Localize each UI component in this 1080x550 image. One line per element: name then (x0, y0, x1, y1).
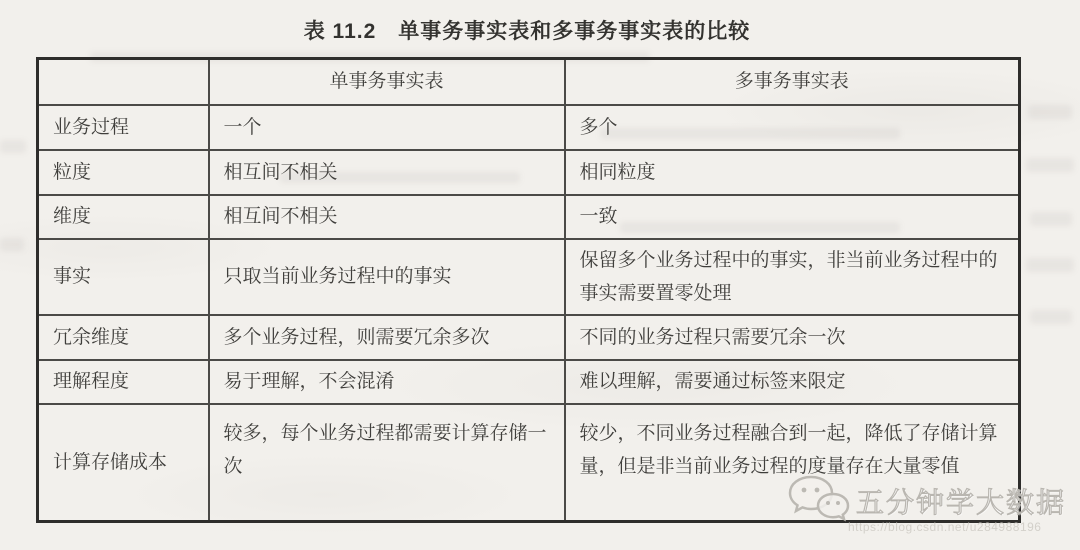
column-header-multi: 多事务事实表 (565, 59, 1020, 105)
row-label: 理解程度 (38, 360, 209, 404)
bleed-through-noise (1030, 310, 1072, 324)
cell-multi: 不同的业务过程只需要冗余一次 (565, 315, 1020, 360)
cell-single: 一个 (209, 105, 565, 150)
bleed-through-noise (1028, 105, 1072, 119)
cell-multi: 相同粒度 (565, 150, 1020, 195)
cell-multi: 一致 (565, 195, 1020, 239)
row-label: 事实 (38, 239, 209, 315)
cell-single: 相互间不相关 (209, 195, 565, 239)
bleed-through-noise (1030, 212, 1072, 226)
column-header-single: 单事务事实表 (209, 59, 565, 105)
row-label: 计算存储成本 (38, 404, 209, 522)
cell-single: 多个业务过程，则需要冗余多次 (209, 315, 565, 360)
cell-single: 只取当前业务过程中的事实 (209, 239, 565, 315)
cell-single: 较多，每个业务过程都需要计算存储一次 (209, 404, 565, 522)
row-label: 粒度 (38, 150, 209, 195)
cell-single: 易于理解，不会混淆 (209, 360, 565, 404)
table-row: 计算存储成本 较多，每个业务过程都需要计算存储一次 较少，不同业务过程融合到一起… (38, 404, 1020, 522)
table-row: 理解程度 易于理解，不会混淆 难以理解，需要通过标签来限定 (38, 360, 1020, 404)
cell-single: 相互间不相关 (209, 150, 565, 195)
table-header-row: 单事务事实表 多事务事实表 (38, 59, 1020, 105)
cell-multi: 难以理解，需要通过标签来限定 (565, 360, 1020, 404)
bleed-through-noise (0, 238, 24, 251)
table-row: 粒度 相互间不相关 相同粒度 (38, 150, 1020, 195)
page-title: 表 11.2 单事务事实表和多事务事实表的比较 (36, 15, 1018, 45)
bleed-through-noise (0, 140, 26, 153)
row-label: 业务过程 (38, 105, 209, 150)
table-row: 事实 只取当前业务过程中的事实 保留多个业务过程中的事实，非当前业务过程中的事实… (38, 239, 1020, 315)
cell-multi: 较少，不同业务过程融合到一起，降低了存储计算量，但是非当前业务过程的度量存在大量… (565, 404, 1020, 522)
table-row: 维度 相互间不相关 一致 (38, 195, 1020, 239)
row-label: 冗余维度 (38, 315, 209, 360)
comparison-table: 单事务事实表 多事务事实表 业务过程 一个 多个 粒度 相互间不相关 相同粒度 … (36, 57, 1021, 523)
cell-multi: 多个 (565, 105, 1020, 150)
table-row: 业务过程 一个 多个 (38, 105, 1020, 150)
cell-multi: 保留多个业务过程中的事实，非当前业务过程中的事实需要置零处理 (565, 239, 1020, 315)
row-label: 维度 (38, 195, 209, 239)
bleed-through-noise (1026, 158, 1074, 172)
column-header-empty (38, 59, 209, 105)
table-row: 冗余维度 多个业务过程，则需要冗余多次 不同的业务过程只需要冗余一次 (38, 315, 1020, 360)
bleed-through-noise (1026, 258, 1074, 272)
